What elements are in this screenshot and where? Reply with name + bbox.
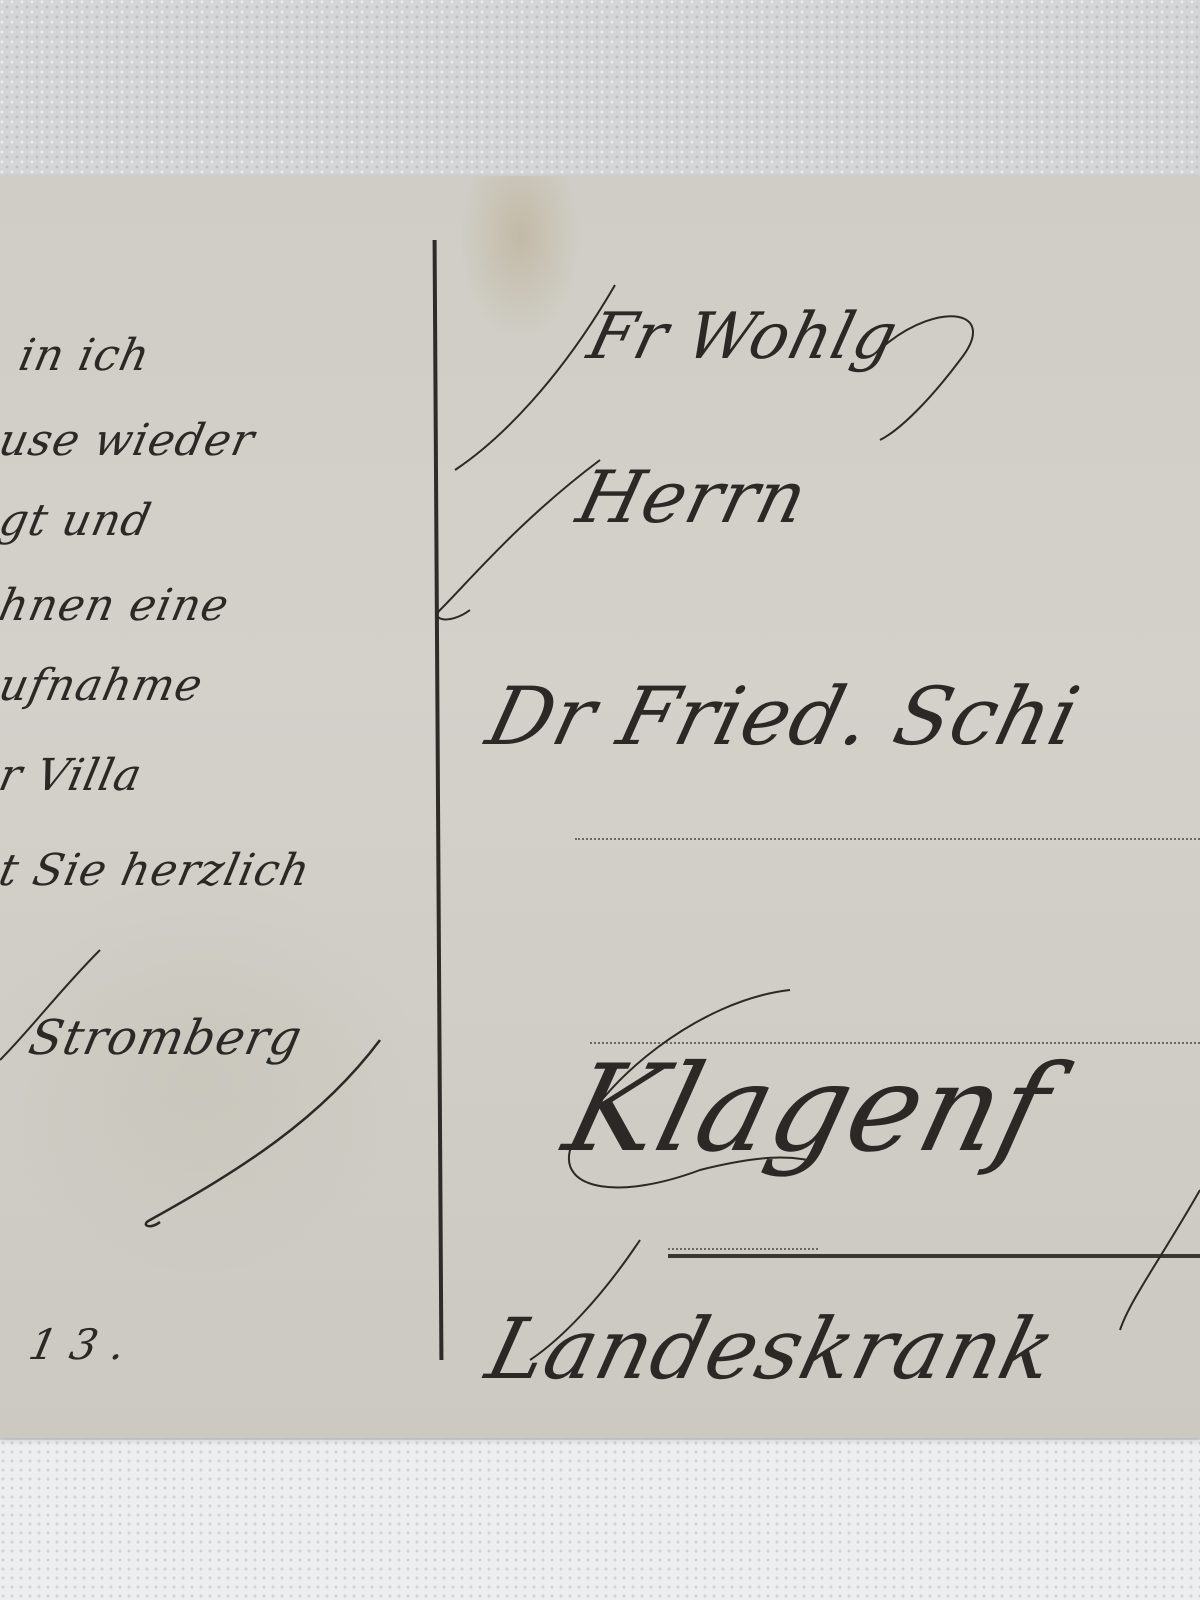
message-line-3: gt und <box>0 495 156 546</box>
address-city: Klagenf <box>553 1040 1064 1179</box>
message-line-4: hnen eine <box>0 580 234 631</box>
message-line-2: use wieder <box>0 415 259 466</box>
message-line-7: t Sie herzlich <box>0 845 315 896</box>
date-fragment: 13. <box>25 1320 144 1369</box>
address-underline <box>668 1254 1200 1258</box>
signature: Stromberg <box>24 1010 307 1066</box>
address-salutation: Fr Wohlg <box>581 300 905 374</box>
address-guide-line-3 <box>668 1248 818 1250</box>
address-name: Dr Fried. Schi <box>478 670 1088 763</box>
address-institution: Landeskrank <box>478 1300 1066 1398</box>
message-line-5: ufnahme <box>0 660 208 711</box>
address-title: Herrn <box>570 455 817 539</box>
message-line-6: r Villa <box>0 750 147 801</box>
message-line-1: in ich <box>15 330 155 381</box>
address-guide-line-1 <box>575 838 1200 840</box>
fabric-background-bottom <box>0 1440 1200 1600</box>
